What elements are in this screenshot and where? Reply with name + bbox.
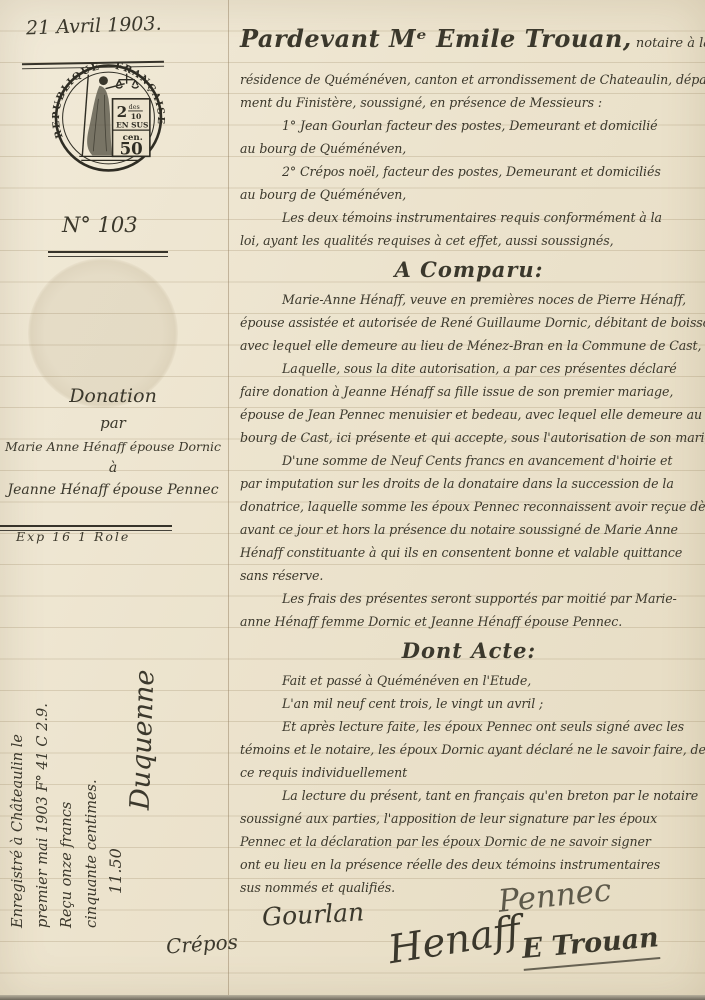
deed-line: témoins et le notaire, les époux Dornic … bbox=[240, 738, 698, 761]
deed-heading: Dont Acte: bbox=[240, 633, 698, 669]
signature-crepos: Crépos bbox=[165, 930, 238, 959]
registration-line: Enregistré à Châteaulin le bbox=[6, 568, 31, 928]
deed-line: Laquelle, sous la dite autorisation, a p… bbox=[240, 357, 698, 380]
object-donee: Jeanne Hénaff épouse Pennec bbox=[4, 483, 222, 498]
deed-line: avec lequel elle demeure au lieu de Méne… bbox=[240, 334, 698, 357]
object-a: à bbox=[4, 461, 222, 476]
stamp-value-big: 2 bbox=[117, 103, 128, 121]
deed-line: bourg de Cast, ici présente et qui accep… bbox=[240, 426, 698, 449]
registration-amount: 11.50 bbox=[104, 568, 129, 928]
stamp-value-amount: 50 bbox=[120, 138, 143, 158]
deed-line: Hénaff constituante à qui ils en consent… bbox=[240, 541, 698, 564]
deed-line: résidence de Quéménéven, canton et arron… bbox=[240, 68, 698, 91]
deed-line: 1° Jean Gourlan facteur des postes, Deme… bbox=[240, 114, 698, 137]
stamp-value-sup: des bbox=[129, 103, 140, 111]
deed-line: donatrice, laquelle somme les époux Penn… bbox=[240, 495, 698, 518]
deed-opening-big: Pardevant Mᵉ Emile Trouan, bbox=[240, 24, 632, 53]
signature-gourlan: Gourlan bbox=[261, 897, 364, 931]
revenue-stamp: RÉPUBLIQUE FRANÇAISE 2 des 10 EN SUS bbox=[52, 58, 165, 178]
deed-line: avant ce jour et hors la présence du not… bbox=[240, 518, 698, 541]
registration-line: cinquante centimes. bbox=[80, 568, 105, 928]
registrar-signature: Duquenne bbox=[124, 669, 158, 928]
deed-line: Les deux témoins instrumentaires requis … bbox=[240, 206, 698, 229]
deed-line: ce requis individuellement bbox=[240, 761, 698, 784]
registration-line: premier mai 1903 F° 41 C 2.9. bbox=[31, 568, 56, 928]
deed-heading: A Comparu: bbox=[240, 252, 698, 288]
deed-line: Et après lecture faite, les époux Pennec… bbox=[240, 715, 698, 738]
deed-line: D'une somme de Neuf Cents francs en avan… bbox=[240, 449, 698, 472]
object-donor: Marie Anne Hénaff épouse Dornic bbox=[4, 440, 222, 454]
signature-notary-trouan: E Trouan bbox=[521, 922, 661, 971]
deed-line: ment du Finistère, soussigné, en présenc… bbox=[240, 91, 698, 114]
object-par: par bbox=[4, 415, 222, 432]
deed-line: Marie-Anne Hénaff, veuve en premières no… bbox=[240, 288, 698, 311]
deed-body: Pardevant Mᵉ Emile Trouan, notaire à la … bbox=[240, 24, 698, 899]
deed-line: anne Hénaff femme Dornic et Jeanne Hénaf… bbox=[240, 610, 698, 633]
deed-date: 21 Avril 1903. bbox=[26, 13, 162, 40]
deed-line: au bourg de Quéménéven, bbox=[240, 137, 698, 160]
deed-line: sans réserve. bbox=[240, 564, 698, 587]
deed-line: sus nommés et qualifiés. bbox=[240, 876, 698, 899]
stamp-value-ensus: EN SUS bbox=[116, 121, 148, 130]
expedition-note: Exp 16 1 Role bbox=[16, 529, 130, 544]
registration-note: Enregistré à Châteaulin le premier mai 1… bbox=[6, 568, 154, 928]
page-bottom-edge bbox=[0, 995, 705, 1000]
deed-line: La lecture du présent, tant en français … bbox=[240, 784, 698, 807]
deed-line: épouse assistée et autorisée de René Gui… bbox=[240, 311, 698, 334]
deed-opening-rest: notaire à la bbox=[632, 36, 705, 51]
act-number: N° 103 bbox=[62, 213, 138, 237]
deed-opening-line: Pardevant Mᵉ Emile Trouan, notaire à la bbox=[240, 24, 698, 68]
deed-line: Fait et passé à Quéménéven en l'Etude, bbox=[240, 669, 698, 692]
act-number-underline bbox=[48, 251, 168, 257]
deed-line: épouse de Jean Pennec menuisier et bedea… bbox=[240, 403, 698, 426]
deed-lines: résidence de Quéménéven, canton et arron… bbox=[240, 68, 698, 899]
deed-line: Pennec et la déclaration par les époux D… bbox=[240, 830, 698, 853]
object-title: Donation bbox=[4, 386, 222, 407]
deed-line: 2° Crépos noël, facteur des postes, Deme… bbox=[240, 160, 698, 183]
registration-line: Reçu onze francs bbox=[55, 568, 80, 928]
deed-line: loi, ayant les qualités requises à cet e… bbox=[240, 229, 698, 252]
deed-line: par imputation sur les droits de la dona… bbox=[240, 472, 698, 495]
deed-line: L'an mil neuf cent trois, le vingt un av… bbox=[240, 692, 698, 715]
deed-line: Les frais des présentes seront supportés… bbox=[240, 587, 698, 610]
deed-line: faire donation à Jeanne Hénaff sa fille … bbox=[240, 380, 698, 403]
deed-line: ont eu lieu en la présence réelle des de… bbox=[240, 853, 698, 876]
stamp-value-plaque: 2 des 10 EN SUS cen. 50 bbox=[113, 99, 150, 158]
deed-line: soussigné aux parties, l'apposition de l… bbox=[240, 807, 698, 830]
margin-rule bbox=[228, 0, 229, 1000]
document-page: 21 Avril 1903. RÉPUBLIQUE FRANÇAISE bbox=[0, 0, 705, 1000]
deed-object-note: Donation par Marie Anne Hénaff épouse Do… bbox=[4, 386, 222, 498]
deed-line: au bourg de Quéménéven, bbox=[240, 183, 698, 206]
